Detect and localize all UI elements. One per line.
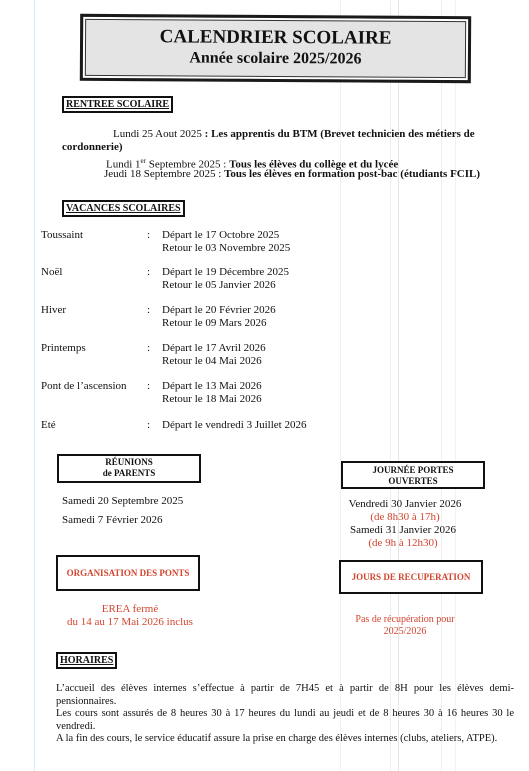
vacation-name: Pont de l’ascension bbox=[41, 380, 127, 393]
page-margin-line bbox=[34, 0, 35, 771]
vacation-retour: Retour le 18 Mai 2026 bbox=[162, 393, 262, 405]
rentree-desc: Tous les élèves en formation post-bac (é… bbox=[224, 168, 480, 180]
vacation-name: Printemps bbox=[41, 342, 86, 355]
page-subtitle: Année scolaire 2025/2026 bbox=[83, 48, 468, 70]
vacation-retour: Retour le 05 Janvier 2026 bbox=[162, 279, 276, 291]
portes-ouvertes-hours: (de 8h30 à 17h) bbox=[330, 511, 480, 524]
section-heading-horaires: HORAIRES bbox=[56, 652, 117, 669]
vacation-retour: Retour le 04 Mai 2026 bbox=[162, 355, 262, 367]
scan-artifact-line bbox=[455, 0, 456, 771]
rentree-desc: Les apprentis du BTM (Brevet technicien … bbox=[211, 128, 475, 140]
scan-artifact-line bbox=[398, 0, 399, 771]
horaires-paragraph: A la fin des cours, le service éducatif … bbox=[56, 733, 514, 746]
horaires-paragraph: L’accueil des élèves internes s’effectue… bbox=[56, 683, 514, 708]
section-heading-rentree: RENTREE SCOLAIRE bbox=[62, 96, 173, 113]
vacation-retour: Retour le 03 Novembre 2025 bbox=[162, 242, 290, 254]
horaires-paragraph: Les cours sont assurés de 8 heures 30 à … bbox=[56, 708, 514, 733]
vacation-depart: Départ le 20 Février 2026 bbox=[162, 304, 276, 316]
ponts-info: EREA fermé du 14 au 17 Mai 2026 inclus bbox=[40, 603, 220, 629]
section-heading-vacances: VACANCES SCOLAIRES bbox=[62, 200, 185, 217]
reunion-date: Samedi 7 Février 2026 bbox=[62, 514, 163, 527]
ponts-heading-box: ORGANISATION DES PONTS bbox=[56, 555, 200, 591]
recuperation-heading-box: JOURS DE RECUPERATION bbox=[339, 560, 483, 594]
reunion-date: Samedi 20 Septembre 2025 bbox=[62, 495, 183, 508]
portes-ouvertes-heading-box: JOURNÉE PORTES OUVERTES bbox=[341, 461, 485, 489]
portes-ouvertes-date: Samedi 31 Janvier 2026 bbox=[328, 524, 478, 537]
reunions-heading-box: RÉUNIONS de PARENTS bbox=[57, 454, 201, 483]
rentree-item: Jeudi 18 Septembre 2025 : Tous les élève… bbox=[104, 168, 480, 181]
rentree-item: Lundi 25 Aout 2025 : Les apprentis du BT… bbox=[113, 128, 475, 141]
recuperation-info: Pas de récupération pour 2025/2026 bbox=[330, 614, 480, 638]
portes-ouvertes-entry: Samedi 31 Janvier 2026 (de 9h à 12h30) bbox=[328, 524, 478, 550]
vacation-name: Noël bbox=[41, 266, 62, 279]
title-banner: CALENDRIER SCOLAIRE Année scolaire 2025/… bbox=[80, 14, 471, 83]
vacation-name: Hiver bbox=[41, 304, 66, 317]
scan-artifact-line bbox=[340, 0, 341, 771]
vacation-retour: Retour le 09 Mars 2026 bbox=[162, 317, 266, 329]
vacation-depart: Départ le 17 Avril 2026 bbox=[162, 342, 266, 354]
vacation-name: Toussaint bbox=[41, 229, 83, 242]
portes-ouvertes-entry: Vendredi 30 Janvier 2026 (de 8h30 à 17h) bbox=[330, 498, 480, 524]
rentree-date: Lundi 25 Aout 2025 bbox=[113, 128, 202, 140]
page-title: CALENDRIER SCOLAIRE bbox=[83, 26, 468, 50]
vacation-depart: Départ le vendredi 3 Juillet 2026 bbox=[162, 419, 307, 431]
portes-ouvertes-hours: (de 9h à 12h30) bbox=[328, 537, 478, 550]
vacation-name: Eté bbox=[41, 419, 56, 432]
vacation-depart: Départ le 19 Décembre 2025 bbox=[162, 266, 289, 278]
vacation-depart: Départ le 17 Octobre 2025 bbox=[162, 229, 279, 241]
vacation-depart: Départ le 13 Mai 2026 bbox=[162, 380, 262, 392]
scan-artifact-line bbox=[390, 0, 391, 771]
scan-artifact-line bbox=[441, 0, 442, 771]
rentree-desc-continued: cordonnerie) bbox=[62, 141, 122, 154]
portes-ouvertes-date: Vendredi 30 Janvier 2026 bbox=[330, 498, 480, 511]
